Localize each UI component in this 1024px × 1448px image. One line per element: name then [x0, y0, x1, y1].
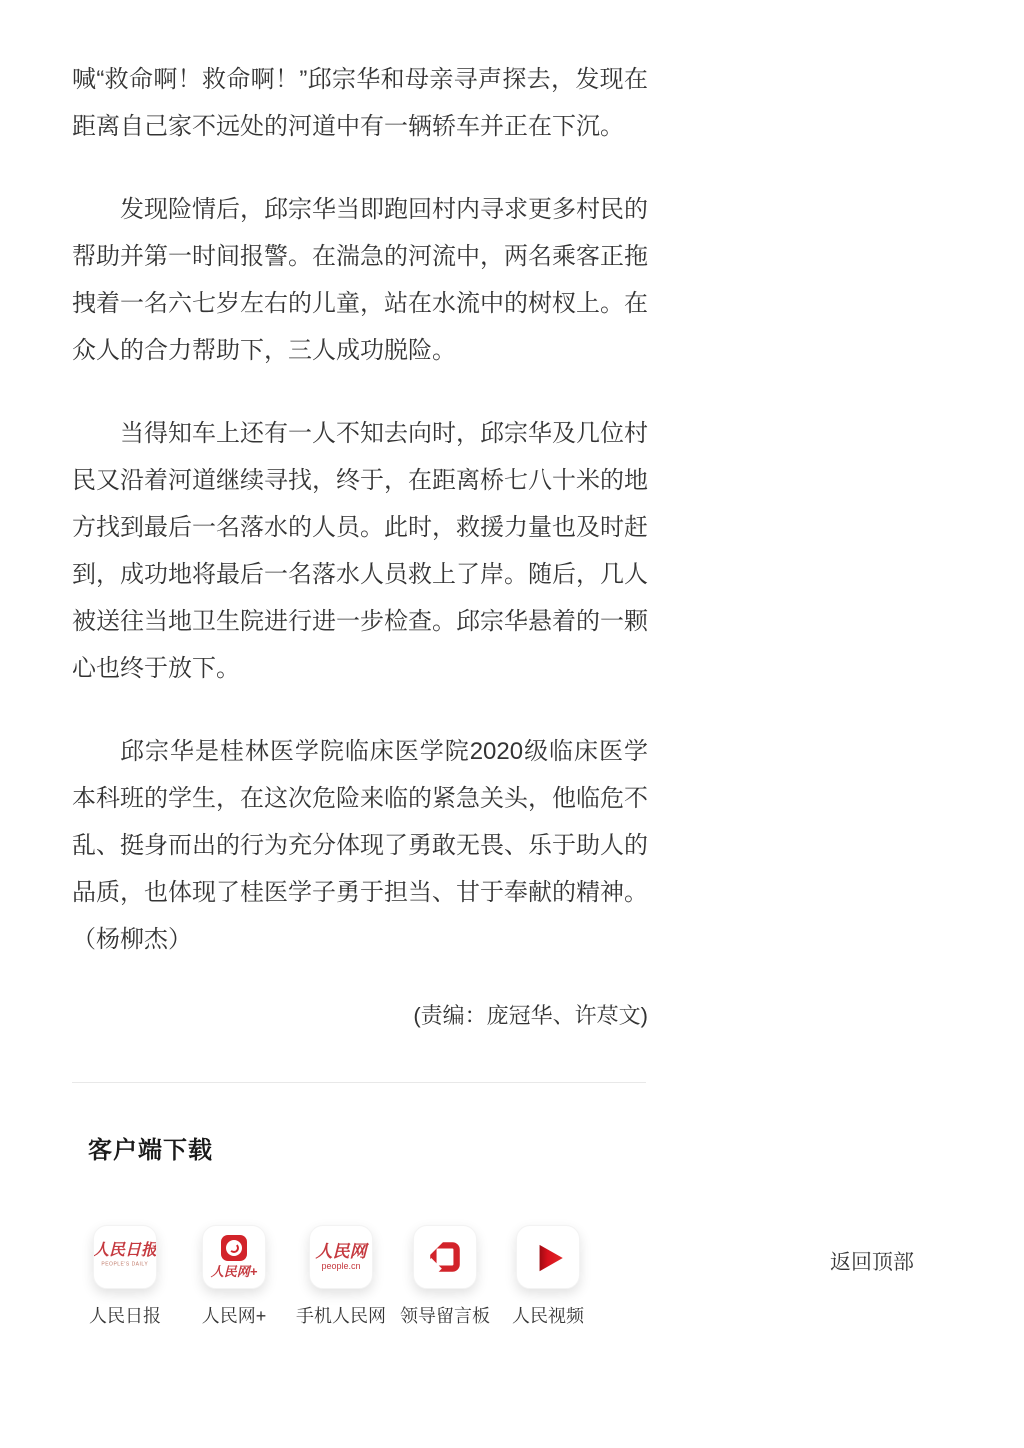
peoples-daily-logo-subtext: PEOPLE'S DAILY: [102, 1262, 149, 1267]
app-label-peoples-video: 人民视频: [512, 1305, 584, 1327]
article-body: 喊“救命啊！救命啊！”邱宗华和母亲寻声探去，发现在距离自己家不远处的河道中有一辆…: [72, 56, 648, 1032]
article-paragraph: 当得知车上还有一人不知去向时，邱宗华及几位村民又沿着河道继续寻找，终于，在距离桥…: [72, 410, 648, 692]
app-label-mobile-peoples-network: 手机人民网: [296, 1305, 386, 1327]
peoples-network-plus-app-icon[interactable]: 人民网+: [202, 1225, 266, 1289]
message-board-frame-icon: [426, 1238, 464, 1276]
leader-message-board-app-icon[interactable]: [413, 1225, 477, 1289]
section-divider: [72, 1082, 646, 1083]
play-triangle-icon: [529, 1238, 567, 1276]
peoples-network-logo-subtext: people.cn: [321, 1261, 360, 1272]
editor-credit: (责编：庞冠华、许荩文): [72, 999, 648, 1032]
peoples-network-badge-icon: [221, 1235, 247, 1261]
app-peoples-network-plus[interactable]: 人民网+ 人民网+: [174, 1225, 294, 1327]
article-paragraph: 邱宗华是桂林医学院临床医学院2020级临床医学本科班的学生，在这次危险来临的紧急…: [72, 728, 648, 963]
globe-swirl-icon: [226, 1240, 242, 1256]
app-leader-message-board[interactable]: 领导留言板: [385, 1225, 505, 1327]
peoples-daily-app-icon[interactable]: 人民日报 PEOPLE'S DAILY: [93, 1225, 157, 1289]
peoples-video-app-icon[interactable]: [516, 1225, 580, 1289]
mobile-peoples-network-app-icon[interactable]: 人民网 people.cn: [309, 1225, 373, 1289]
app-label-peoples-daily: 人民日报: [89, 1305, 161, 1327]
back-to-top-button[interactable]: 返回顶部: [830, 1250, 914, 1276]
download-section-title: 客户端下载: [88, 1136, 213, 1166]
peoples-daily-logo-text: 人民日报: [93, 1242, 157, 1260]
app-peoples-video[interactable]: 人民视频: [488, 1225, 608, 1327]
app-label-leader-message-board: 领导留言板: [400, 1305, 490, 1327]
app-mobile-peoples-network[interactable]: 人民网 people.cn 手机人民网: [281, 1225, 401, 1327]
article-paragraph: 发现险情后，邱宗华当即跑回村内寻求更多村民的帮助并第一时间报警。在湍急的河流中，…: [72, 186, 648, 374]
app-label-peoples-network-plus: 人民网+: [202, 1305, 267, 1327]
peoples-network-plus-logo-text: 人民网+: [211, 1264, 258, 1279]
app-peoples-daily[interactable]: 人民日报 PEOPLE'S DAILY 人民日报: [65, 1225, 185, 1327]
article-page: 喊“救命啊！救命啊！”邱宗华和母亲寻声探去，发现在距离自己家不远处的河道中有一辆…: [0, 0, 1024, 1448]
article-paragraph: 喊“救命啊！救命啊！”邱宗华和母亲寻声探去，发现在距离自己家不远处的河道中有一辆…: [72, 56, 648, 150]
peoples-network-logo-text: 人民网: [316, 1242, 367, 1261]
